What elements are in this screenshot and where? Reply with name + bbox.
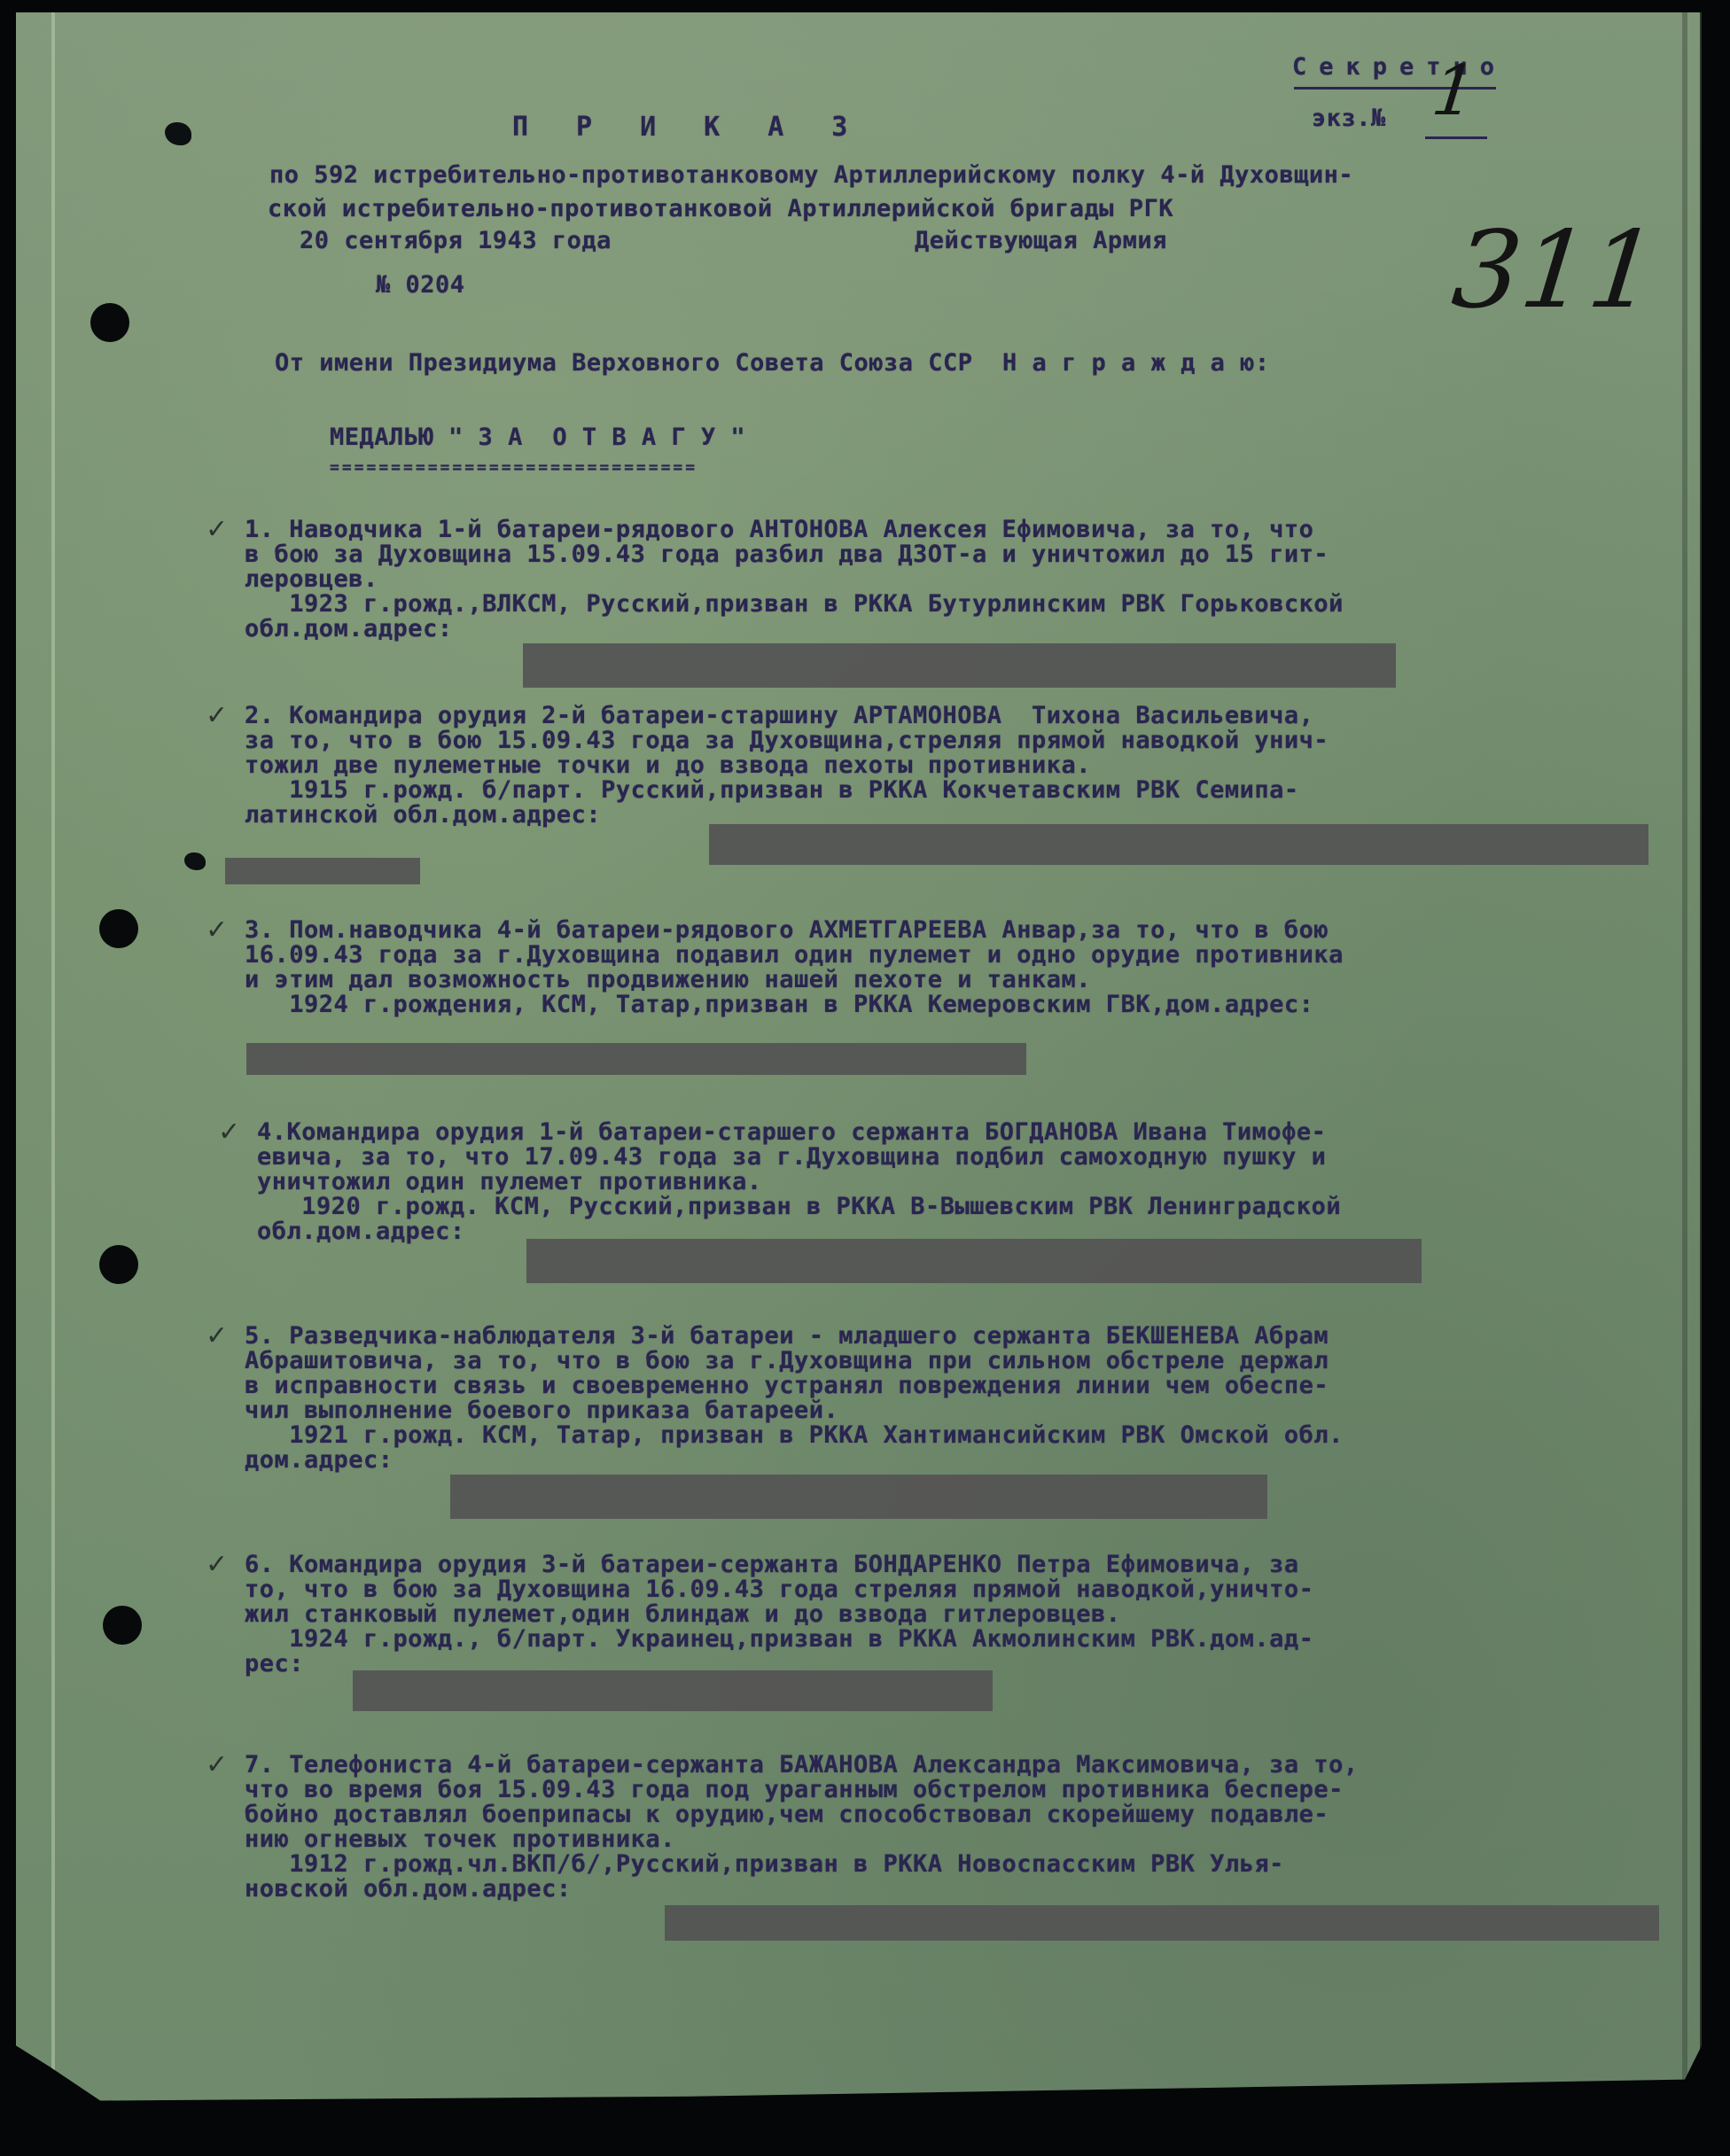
- paper-tear: [184, 852, 206, 870]
- checkmark-icon: ✓: [206, 1749, 228, 1780]
- punch-hole: [103, 1606, 142, 1645]
- entry-line: 2. Командира орудия 2-й батареи-старшину…: [245, 704, 1329, 728]
- entry-line: и этим дал возможность продвижению нашей…: [245, 968, 1344, 992]
- preamble: От имени Президиума Верховного Совета Со…: [275, 351, 1270, 376]
- entry-line: Абрашитовича, за то, что в бою за г.Духо…: [245, 1349, 1344, 1374]
- address-redaction: [665, 1905, 1659, 1941]
- entry-line: новской обл.дом.адрес:: [245, 1877, 1359, 1902]
- award-entry: 4.Командира орудия 1-й батареи-старшего …: [257, 1120, 1341, 1244]
- address-redaction: [709, 824, 1648, 865]
- unit-line-1: по 592 истребительно-противотанковому Ар…: [269, 163, 1353, 188]
- entry-line: 1924 г.рождения, КСМ, Татар,призван в РК…: [245, 992, 1344, 1017]
- checkmark-icon: ✓: [206, 915, 228, 946]
- entry-line: 4.Командира орудия 1-й батареи-старшего …: [257, 1120, 1341, 1145]
- entry-line: тожил две пулеметные точки и до взвода п…: [245, 753, 1329, 778]
- entry-line: чил выполнение боевого приказа батареей.: [245, 1398, 1344, 1423]
- award-entry: 3. Пом.наводчика 4-й батареи-рядового АХ…: [245, 918, 1344, 1017]
- entry-line: 1915 г.рожд. б/парт. Русский,призван в Р…: [245, 778, 1329, 803]
- checkmark-icon: ✓: [206, 1320, 228, 1351]
- entry-line: жил станковый пулемет,один блиндаж и до …: [245, 1602, 1313, 1627]
- entry-line: 1923 г.рожд.,ВЛКСМ, Русский,призван в РК…: [245, 592, 1344, 617]
- page-fold: [51, 12, 55, 2130]
- entry-line: дом.адрес:: [245, 1448, 1344, 1473]
- entry-line: в бою за Духовщина 15.09.43 года разбил …: [245, 542, 1344, 567]
- entry-line: нию огневых точек противника.: [245, 1827, 1359, 1852]
- page-title: ПРИКАЗ: [512, 115, 895, 140]
- entry-line: то, что в бою за Духовщина 16.09.43 года…: [245, 1577, 1313, 1602]
- address-redaction: [353, 1670, 993, 1711]
- entry-line: 7. Телефониста 4-й батареи-сержанта БАЖА…: [245, 1753, 1359, 1778]
- address-redaction: [225, 858, 420, 884]
- checkmark-icon: ✓: [206, 514, 228, 545]
- address-redaction: [523, 643, 1396, 688]
- punch-hole: [99, 1245, 138, 1284]
- punch-hole: [90, 303, 129, 342]
- address-redaction: [246, 1043, 1026, 1075]
- entry-line: 1921 г.рожд. КСМ, Татар, призван в РККА …: [245, 1423, 1344, 1448]
- unit-line-2: ской истребительно-противотанковой Артил…: [268, 197, 1173, 222]
- entry-line: 16.09.43 года за г.Духовщина подавил оди…: [245, 943, 1344, 968]
- copy-label: экз.№: [1312, 106, 1386, 131]
- entry-line: уничтожил один пулемет противника.: [257, 1170, 1341, 1195]
- entry-line: 1920 г.рожд. КСМ, Русский,призван в РККА…: [257, 1195, 1341, 1219]
- copy-number: 1: [1428, 51, 1480, 131]
- entry-line: 1912 г.рожд.чл.ВКП/б/,Русский,призван в …: [245, 1852, 1359, 1877]
- checkmark-icon: ✓: [206, 700, 228, 731]
- address-redaction: [450, 1475, 1267, 1519]
- handwritten-number: 311: [1447, 209, 1664, 332]
- entry-line: обл.дом.адрес:: [245, 617, 1344, 642]
- punch-hole: [99, 909, 138, 948]
- entry-line: за то, что в бою 15.09.43 года за Духовщ…: [245, 728, 1329, 753]
- award-entry: 7. Телефониста 4-й батареи-сержанта БАЖА…: [245, 1753, 1359, 1902]
- order-number: № 0204: [376, 273, 465, 298]
- entry-line: бойно доставлял боеприпасы к орудию,чем …: [245, 1802, 1359, 1827]
- checkmark-icon: ✓: [206, 1549, 228, 1580]
- entry-line: 1924 г.рожд., б/парт. Украинец,призван в…: [245, 1627, 1313, 1652]
- copy-underline: [1425, 136, 1487, 139]
- entry-line: 5. Разведчика-наблюдателя 3-й батареи - …: [245, 1324, 1344, 1349]
- order-location: Действующая Армия: [915, 229, 1167, 253]
- entry-line: 3. Пом.наводчика 4-й батареи-рядового АХ…: [245, 918, 1344, 943]
- checkmark-icon: ✓: [218, 1117, 240, 1148]
- address-redaction: [526, 1239, 1422, 1283]
- award-entry: 6. Командира орудия 3-й батареи-сержанта…: [245, 1553, 1313, 1677]
- award-entry: 1. Наводчика 1-й батареи-рядового АНТОНО…: [245, 518, 1344, 642]
- award-title: МЕДАЛЬЮ " З А О Т В А Г У ": [330, 425, 745, 450]
- entry-line: в исправности связь и своевременно устра…: [245, 1374, 1344, 1398]
- award-entry: 2. Командира орудия 2-й батареи-старшину…: [245, 704, 1329, 828]
- entry-line: 1. Наводчика 1-й батареи-рядового АНТОНО…: [245, 518, 1344, 542]
- entry-line: 6. Командира орудия 3-й батареи-сержанта…: [245, 1553, 1313, 1577]
- award-entry: 5. Разведчика-наблюдателя 3-й батареи - …: [245, 1324, 1344, 1473]
- page-edge-shadow: [1682, 12, 1687, 2130]
- entry-line: леровцев.: [245, 567, 1344, 592]
- order-date: 20 сентября 1943 года: [300, 229, 612, 253]
- award-underline: ==============================: [330, 455, 697, 480]
- entry-line: что во время боя 15.09.43 года под урага…: [245, 1778, 1359, 1802]
- entry-line: евича, за то, что 17.09.43 года за г.Дух…: [257, 1145, 1341, 1170]
